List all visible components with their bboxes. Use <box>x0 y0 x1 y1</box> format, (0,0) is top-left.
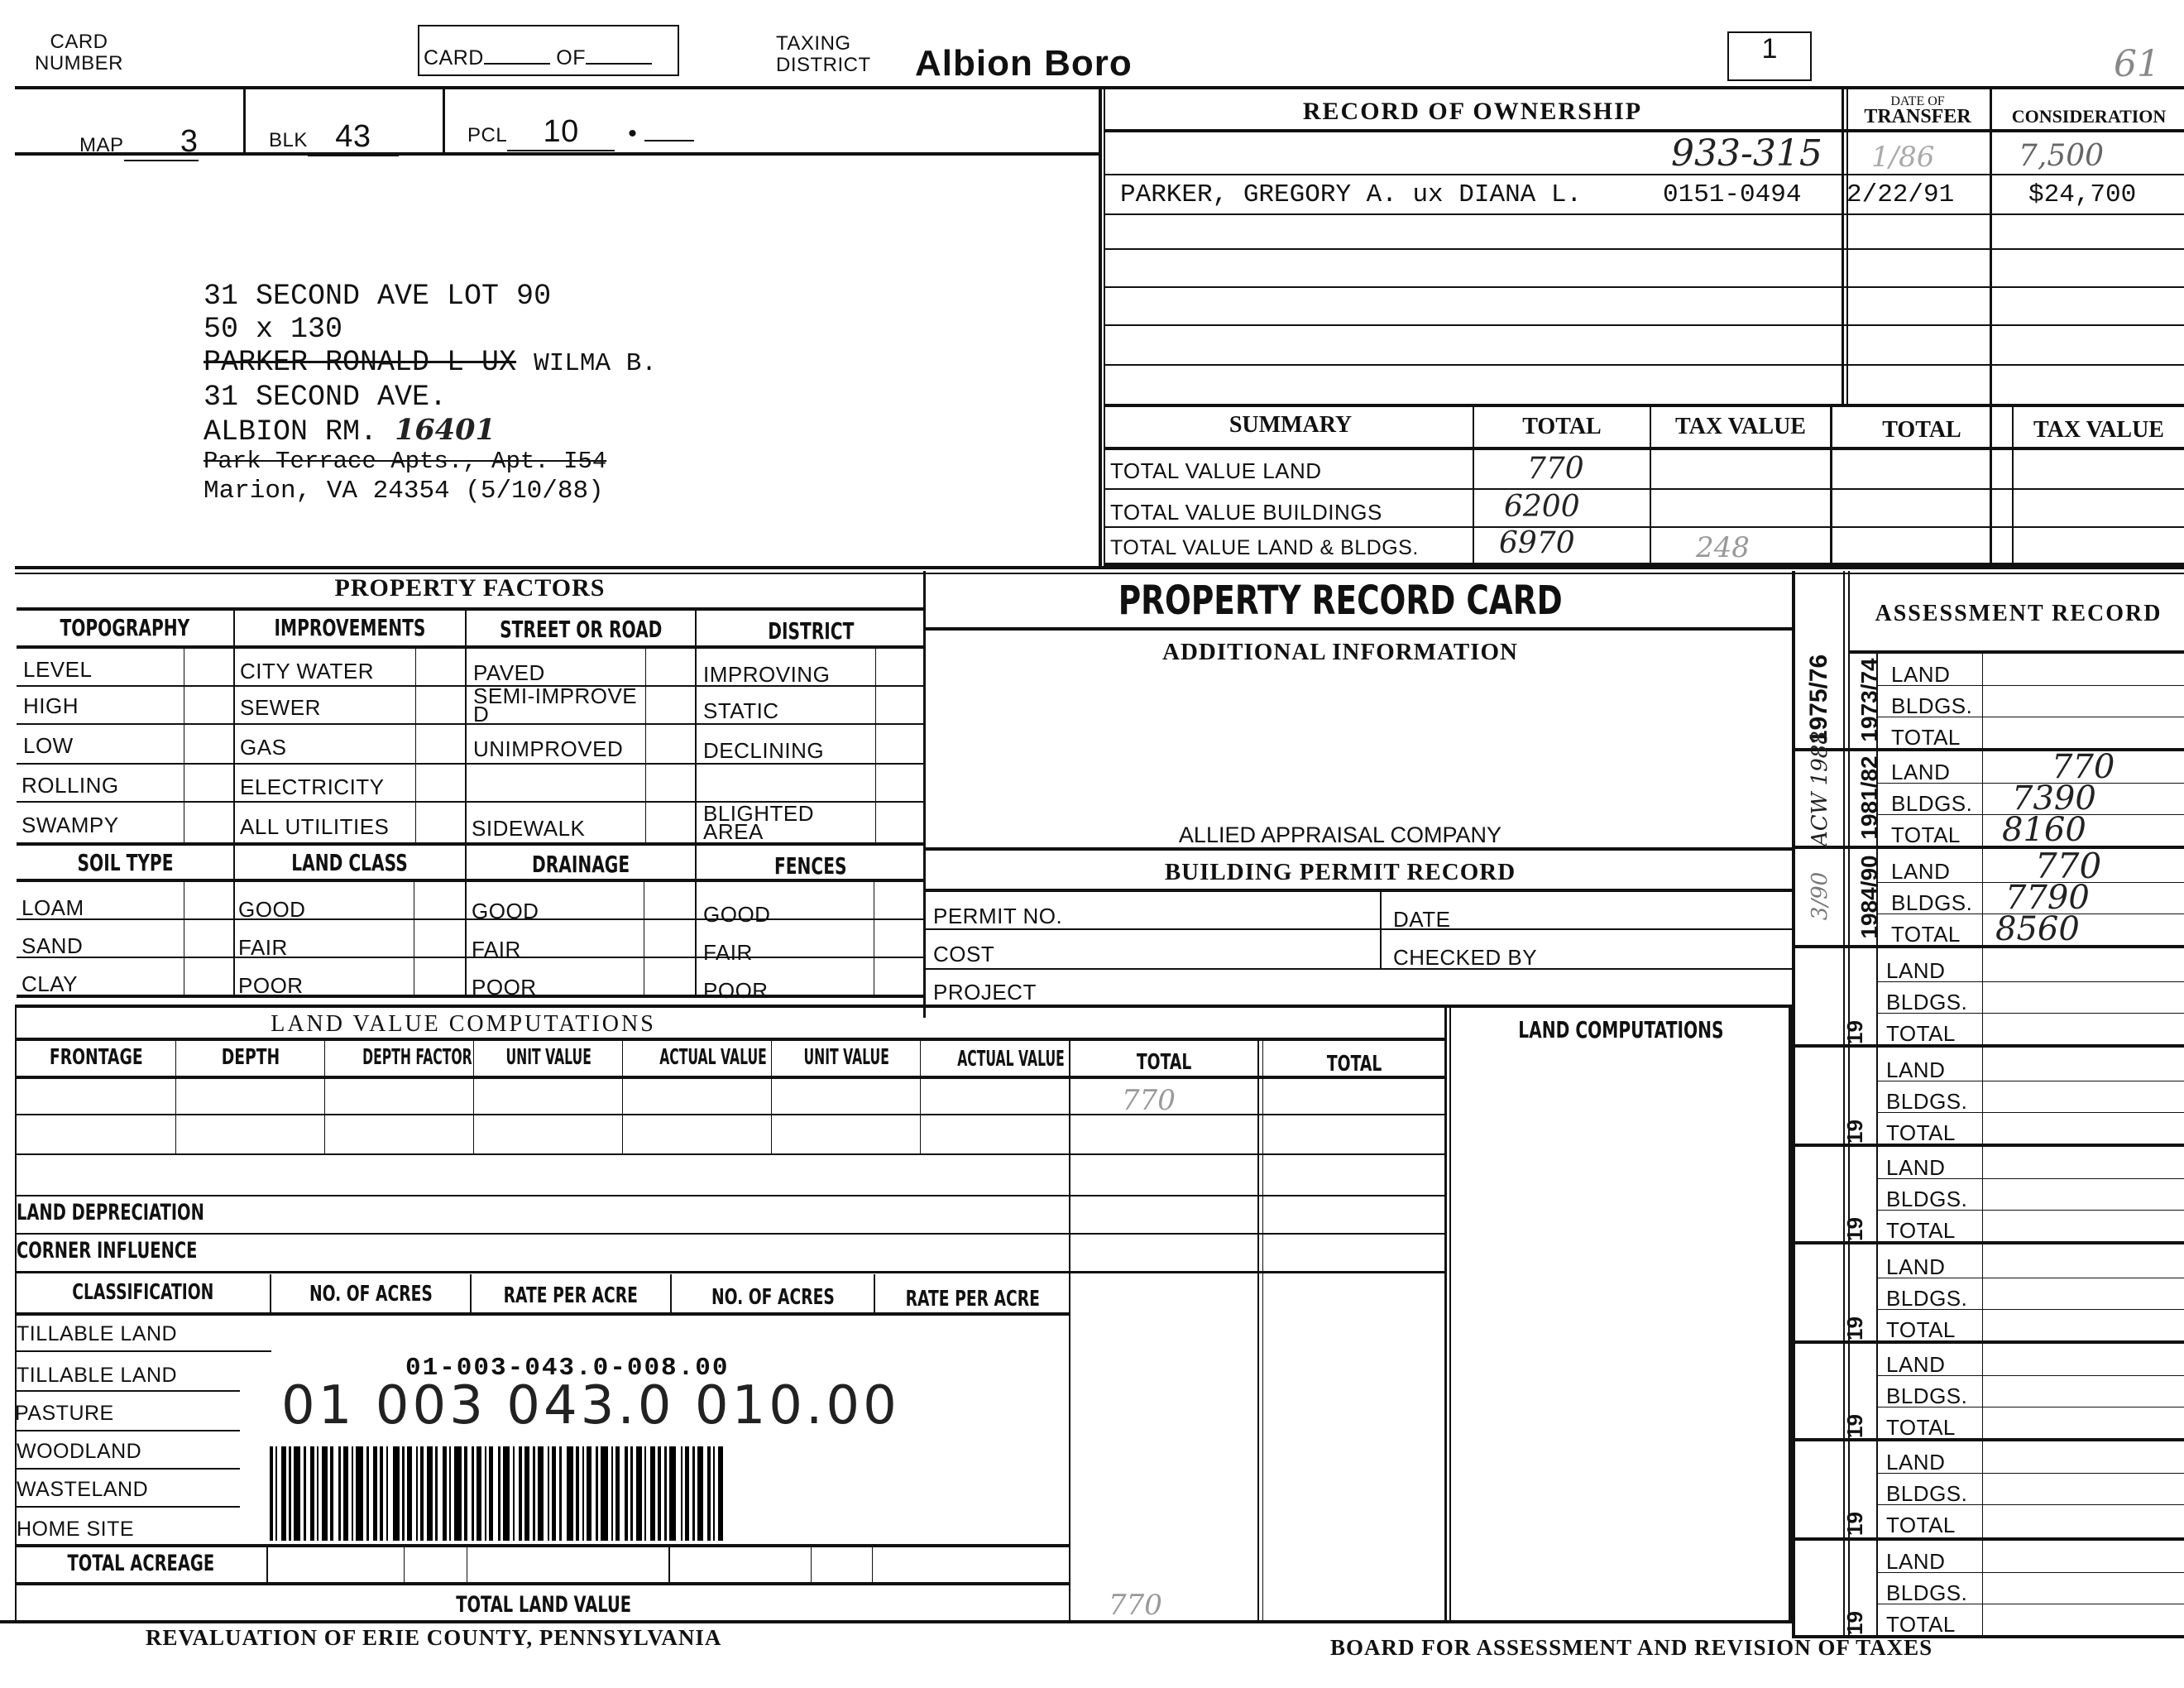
permit-cost-label: COST <box>933 942 994 967</box>
ownership-date-handwritten: 1/86 <box>1871 141 1934 174</box>
header-topography: TOPOGRAPHY <box>17 614 233 641</box>
building-permit-title: BUILDING PERMIT RECORD <box>927 859 1754 886</box>
summary-buildings-total: 6200 <box>1504 490 1580 524</box>
header-street-or-road: STREET OR ROAD <box>467 616 695 643</box>
land-computations-title: LAND COMPUTATIONS <box>1453 1016 1789 1043</box>
ownership-date: 2/22/91 <box>1846 180 1954 209</box>
corner-mark: 61 <box>2114 43 2160 85</box>
factor-semi-improved[interactable]: SEMI-IMPROVED <box>473 687 647 723</box>
factor-sewer[interactable]: SEWER <box>240 695 321 721</box>
permit-project-label: PROJECT <box>933 980 1037 1005</box>
factor-gas[interactable]: GAS <box>240 735 286 760</box>
permit-no-label: PERMIT NO. <box>933 904 1062 929</box>
drainage-fair[interactable]: FAIR <box>472 937 521 962</box>
acreage-col-rate-2: RATE PER ACRE <box>875 1286 1070 1312</box>
assessment-3-side-note: 3/90 <box>1808 846 1832 946</box>
header-district: DISTRICT <box>697 617 925 645</box>
assessment-2-bldgs-label: BLDGS. <box>1891 791 1972 817</box>
parcel-id-handwritten: 01 003 043.0 010.00 <box>281 1375 900 1436</box>
drainage-good[interactable]: GOOD <box>472 899 539 924</box>
summary-title: SUMMARY <box>1109 412 1473 439</box>
corner-influence-label: CORNER INFLUENCE <box>17 1238 267 1264</box>
land-class-good[interactable]: GOOD <box>238 897 305 923</box>
header-soil-type: SOIL TYPE <box>17 849 233 876</box>
summary-land-bldgs-tax: 248 <box>1696 531 1750 564</box>
acreage-woodland: WOODLAND <box>17 1440 141 1464</box>
date-of-transfer-header: DATE OF TRANSFER <box>1846 94 1989 124</box>
assessment-1-bldgs-label: BLDGS. <box>1891 693 1972 719</box>
assessment-3-total-value: 8560 <box>1995 910 2080 948</box>
fences-poor[interactable]: POOR <box>703 978 769 1004</box>
ownership-book-handwritten: 933-315 <box>1671 132 1822 175</box>
factor-level[interactable]: LEVEL <box>23 657 92 683</box>
soil-sand[interactable]: SAND <box>22 933 83 959</box>
factor-swampy[interactable]: SWAMPY <box>22 813 119 838</box>
land-value-title: LAND VALUE COMPUTATIONS <box>17 1011 910 1038</box>
header-drainage: DRAINAGE <box>467 851 695 878</box>
factor-blighted-area[interactable]: BLIGHTED AREA <box>703 804 869 841</box>
assessment-title: ASSESSMENT RECORD <box>1853 601 2184 627</box>
assessment-2-year: 1981/82 <box>1856 748 1883 847</box>
summary-row-land: TOTAL VALUE LAND <box>1110 458 1322 484</box>
ownership-owner: PARKER, GREGORY A. ux DIANA L. <box>1120 180 1582 209</box>
pcl-field: PCL10 • <box>467 114 694 151</box>
col-total-1: TOTAL <box>1070 1049 1257 1075</box>
header-improvements: IMPROVEMENTS <box>235 614 465 641</box>
factor-rolling[interactable]: ROLLING <box>22 773 119 798</box>
ownership-title: RECORD OF OWNERSHIP <box>1109 98 1837 126</box>
ownership-consideration: $24,700 <box>2028 180 2136 209</box>
footer-left: REVALUATION OF ERIE COUNTY, PENNSYLVANIA <box>146 1625 721 1651</box>
col-actual-value-2: ACTUAL VALUE <box>922 1046 1069 1072</box>
additional-info-title: ADDITIONAL INFORMATION <box>927 639 1754 666</box>
summary-tax-value2-header: TAX VALUE <box>2014 417 2184 444</box>
property-factors-title: PROPERTY FACTORS <box>17 574 923 602</box>
permit-checked-by-label: CHECKED BY <box>1393 945 1537 971</box>
assessment-3-total-label: TOTAL <box>1891 922 1961 947</box>
col-unit-value-1: UNIT VALUE <box>475 1044 622 1070</box>
factor-high[interactable]: HIGH <box>23 693 79 719</box>
summary-land-total: 770 <box>1527 452 1584 486</box>
factor-low[interactable]: LOW <box>23 733 74 759</box>
map-field: MAP3 <box>79 124 199 161</box>
acreage-col-classification: CLASSIFICATION <box>17 1279 270 1305</box>
card-count-box: 1 <box>1727 31 1812 81</box>
header-fences: FENCES <box>697 852 925 880</box>
assessment-1-land-label: LAND <box>1891 662 1950 688</box>
acreage-col-rate-1: RATE PER ACRE <box>472 1283 670 1308</box>
assessment-2-land-label: LAND <box>1891 760 1950 785</box>
land-class-fair[interactable]: FAIR <box>238 935 288 961</box>
total-land-value-mark: 770 <box>1109 1589 1162 1622</box>
col-total-2: TOTAL <box>1264 1051 1444 1077</box>
acreage-pasture: PASTURE <box>15 1402 114 1426</box>
col-depth-factor: DEPTH FACTOR <box>326 1044 473 1070</box>
assessment-2-side-note: ACW 1988 <box>1808 747 1832 846</box>
factor-all-utilities[interactable]: ALL UTILITIES <box>240 814 389 840</box>
property-record-card-title: PROPERTY RECORD CARD <box>927 578 1754 624</box>
factor-unimproved[interactable]: UNIMPROVED <box>473 736 623 762</box>
header-land-class: LAND CLASS <box>235 849 465 876</box>
acreage-wasteland: WASTELAND <box>17 1478 148 1502</box>
factor-improving[interactable]: IMPROVING <box>703 662 830 688</box>
company-name: ALLIED APPRAISAL COMPANY <box>927 822 1754 848</box>
summary-tax-value-header: TAX VALUE <box>1651 414 1830 440</box>
barcode <box>270 1446 923 1541</box>
land-class-poor[interactable]: POOR <box>238 973 304 999</box>
address-block: 31 SECOND AVE LOT 90 50 x 130 PARKER RON… <box>204 280 657 508</box>
assessment-1-year: 1973/74 <box>1856 650 1883 750</box>
factor-sidewalk[interactable]: SIDEWALK <box>472 816 585 842</box>
col-actual-value-1: ACTUAL VALUE <box>624 1044 771 1070</box>
permit-date-label: DATE <box>1393 907 1450 933</box>
summary-total2-header: TOTAL <box>1832 417 2012 444</box>
land-depreciation-label: LAND DEPRECIATION <box>17 1200 277 1225</box>
col-frontage: FRONTAGE <box>17 1044 175 1070</box>
fences-fair[interactable]: FAIR <box>703 940 753 966</box>
factor-city-water[interactable]: CITY WATER <box>240 659 374 684</box>
acreage-col-acres-2: NO. OF ACRES <box>672 1284 874 1310</box>
summary-land-bldgs-total: 6970 <box>1499 526 1575 560</box>
taxing-district-label: TAXING DISTRICT <box>776 33 871 76</box>
card-of-label: CARD OF <box>424 46 652 70</box>
summary-total-header: TOTAL <box>1474 414 1650 440</box>
summary-row-buildings: TOTAL VALUE BUILDINGS <box>1110 500 1382 525</box>
col-unit-value-2: UNIT VALUE <box>773 1044 920 1070</box>
land-value-row1-total: 770 <box>1122 1084 1176 1117</box>
acreage-home-site: HOME SITE <box>17 1518 134 1542</box>
acreage-tillable-2: TILLABLE LAND <box>17 1364 177 1388</box>
assessment-2-total-value: 8160 <box>2002 811 2086 849</box>
fences-good[interactable]: GOOD <box>703 902 770 928</box>
factor-static[interactable]: STATIC <box>703 698 779 724</box>
total-land-value-label: TOTAL LAND VALUE <box>17 1592 1070 1618</box>
taxing-district-value: Albion Boro <box>915 43 1133 84</box>
soil-clay[interactable]: CLAY <box>22 971 78 997</box>
assessment-1-total-label: TOTAL <box>1891 725 1961 750</box>
assessment-3-year: 1984/90 <box>1856 847 1883 947</box>
footer-right: BOARD FOR ASSESSMENT AND REVISION OF TAX… <box>1330 1635 1933 1661</box>
ownership-book: 0151-0494 <box>1663 180 1801 209</box>
assessment-3-bldgs-label: BLDGS. <box>1891 890 1972 916</box>
blk-field: BLK43 <box>269 119 399 156</box>
acreage-tillable-1: TILLABLE LAND <box>17 1322 177 1346</box>
soil-loam[interactable]: LOAM <box>22 895 84 921</box>
acreage-col-acres-1: NO. OF ACRES <box>271 1281 470 1307</box>
factor-electricity[interactable]: ELECTRICITY <box>240 774 385 800</box>
factor-paved[interactable]: PAVED <box>473 660 545 686</box>
assessment-3-land-label: LAND <box>1891 859 1950 885</box>
col-depth: DEPTH <box>177 1044 324 1070</box>
summary-row-land-bldgs: TOTAL VALUE LAND & BLDGS. <box>1110 536 1419 560</box>
ownership-consideration-handwritten: 7,500 <box>2019 139 2104 173</box>
card-number-label: CARD NUMBER <box>35 31 123 74</box>
consideration-header: CONSIDERATION <box>1994 106 2184 127</box>
drainage-poor[interactable]: POOR <box>472 975 537 1000</box>
total-acreage-label: TOTAL ACREAGE <box>17 1551 265 1576</box>
assessment-2-total-label: TOTAL <box>1891 822 1961 848</box>
factor-declining[interactable]: DECLINING <box>703 738 824 764</box>
